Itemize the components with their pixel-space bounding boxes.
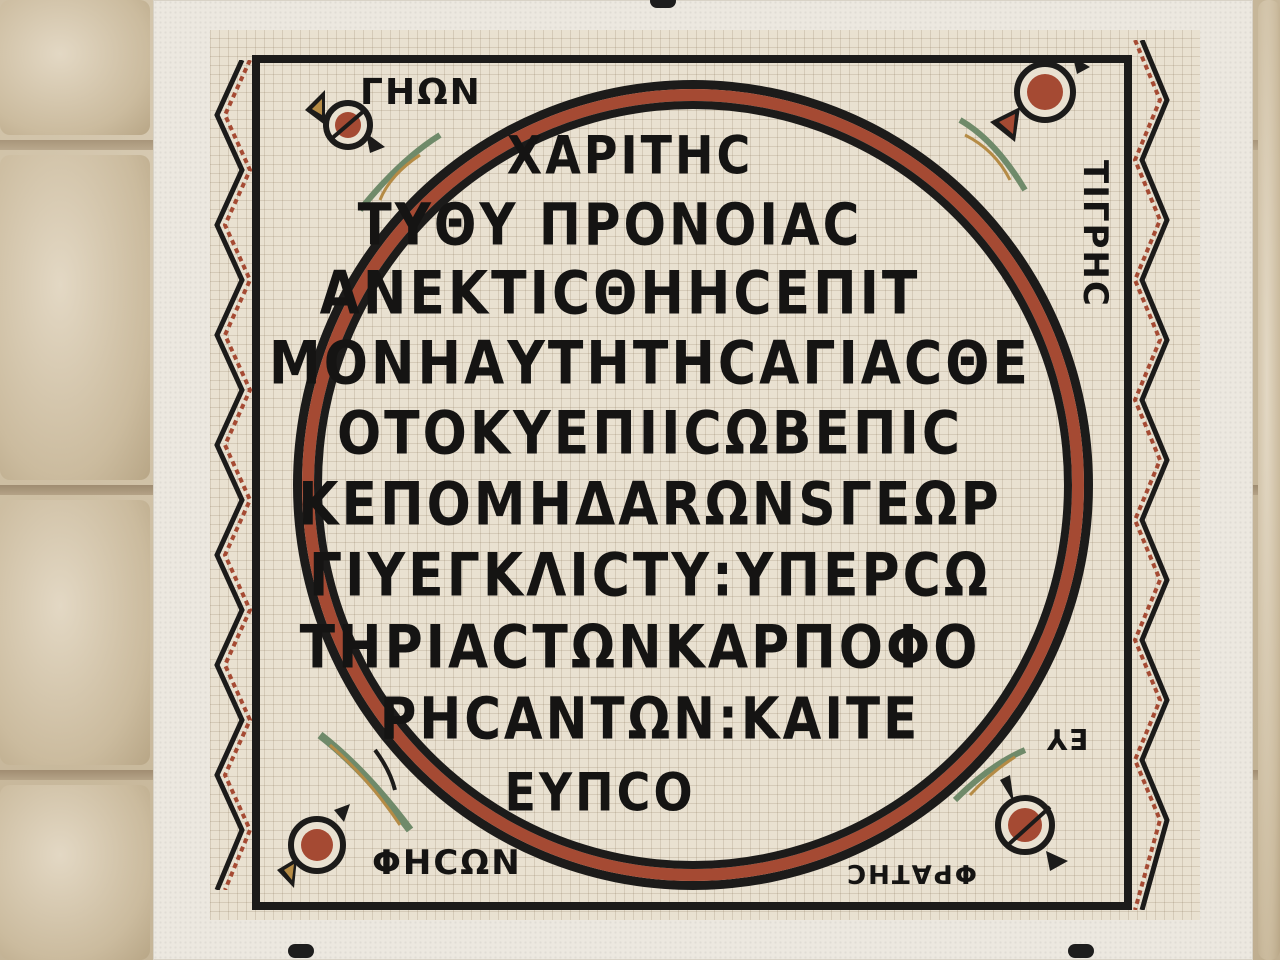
inscription-line-10: ΕΥΠCΟ <box>0 761 1240 823</box>
inscription-line-6: ΚΕΠΟΜΗΔΑRΩΝSΓΕΩΡ <box>10 471 1280 540</box>
inscription-line-1: ΧΑΡΙΤΗC <box>0 124 1270 186</box>
inscription-line-7: ΓΙΥΕΓΚΛΙCΤΥ:ΥΠΕΡCΩ <box>10 542 1280 611</box>
mounting-bolt <box>650 0 676 8</box>
inscription-line-9: ΡΗCΑΝΤΩΝ:ΚΑΙΤΕ <box>10 686 1280 753</box>
corner-inscription-bottom-left: ΦΗCΩΝ <box>372 843 522 883</box>
corner-inscription-bottom-right: ΦΡΑΤΗC <box>845 858 977 888</box>
inscription-line-2: ΤΥΘΥ ΠΡΟΝΟΙΑC <box>0 192 1250 259</box>
mounting-bolt <box>288 944 314 958</box>
inscription-line-5: ΟΤΟΚΥΕΠΙΙCΩΒΕΠΙC <box>10 400 1280 469</box>
inscription-line-8: ΤΗΡΙΑCΤΩΝΚΑΡΠΟΦΟ <box>0 614 1280 683</box>
stone-block <box>0 0 150 135</box>
corner-inscription-top-left: ΓΗΩΝ <box>360 72 482 113</box>
mounting-bolt <box>1068 944 1094 958</box>
inscription-line-3: ΑΝΕΚΤΙCΘΗΗCΕΠΙΤ <box>0 260 1260 329</box>
inscription-line-4: ΜΟΝΗΑΥΤΗΤΗCΑΓΙΑCΘΕ <box>10 330 1280 399</box>
